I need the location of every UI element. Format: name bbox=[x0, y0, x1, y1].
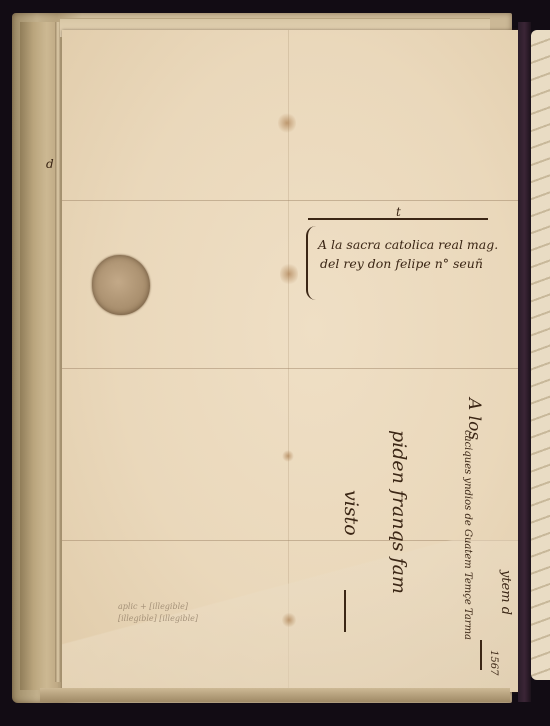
visto-rule bbox=[344, 590, 346, 632]
address-line-1: A la sacra catolica real mag. bbox=[318, 239, 498, 252]
wrapper-crease bbox=[55, 22, 61, 682]
stain bbox=[280, 262, 298, 286]
endorsement-request: piden franqs fam bbox=[389, 430, 408, 594]
adjacent-page-edge bbox=[531, 30, 550, 680]
stain bbox=[282, 612, 296, 628]
wax-seal bbox=[92, 255, 150, 315]
bottom-edge-layers bbox=[40, 688, 510, 702]
endorsement-visto: visto bbox=[341, 490, 360, 536]
address-mark: t bbox=[396, 206, 401, 218]
endorsement-subject: caciques yndios de Guatem Temçe Tarma bbox=[462, 430, 472, 640]
address-brace bbox=[306, 226, 318, 300]
fold-line-2 bbox=[62, 368, 520, 369]
binding-spine bbox=[518, 22, 531, 702]
margin-mark: d bbox=[46, 158, 54, 170]
stain bbox=[278, 112, 296, 134]
year-rule bbox=[480, 640, 482, 670]
endorsement-marginal: ytem d bbox=[499, 570, 512, 615]
left-folded-wrapper bbox=[20, 22, 58, 690]
fold-line-1 bbox=[62, 200, 520, 201]
address-line-2: del rey don felipe n° seuñ bbox=[320, 258, 483, 271]
endorsement-year: 1567 bbox=[488, 650, 498, 675]
stain bbox=[282, 450, 294, 462]
address-rule bbox=[308, 218, 488, 220]
faint-note-line-1: aplic + [illegible] bbox=[118, 602, 188, 611]
faint-note-line-2: [illegible] [illegible] bbox=[118, 614, 198, 623]
